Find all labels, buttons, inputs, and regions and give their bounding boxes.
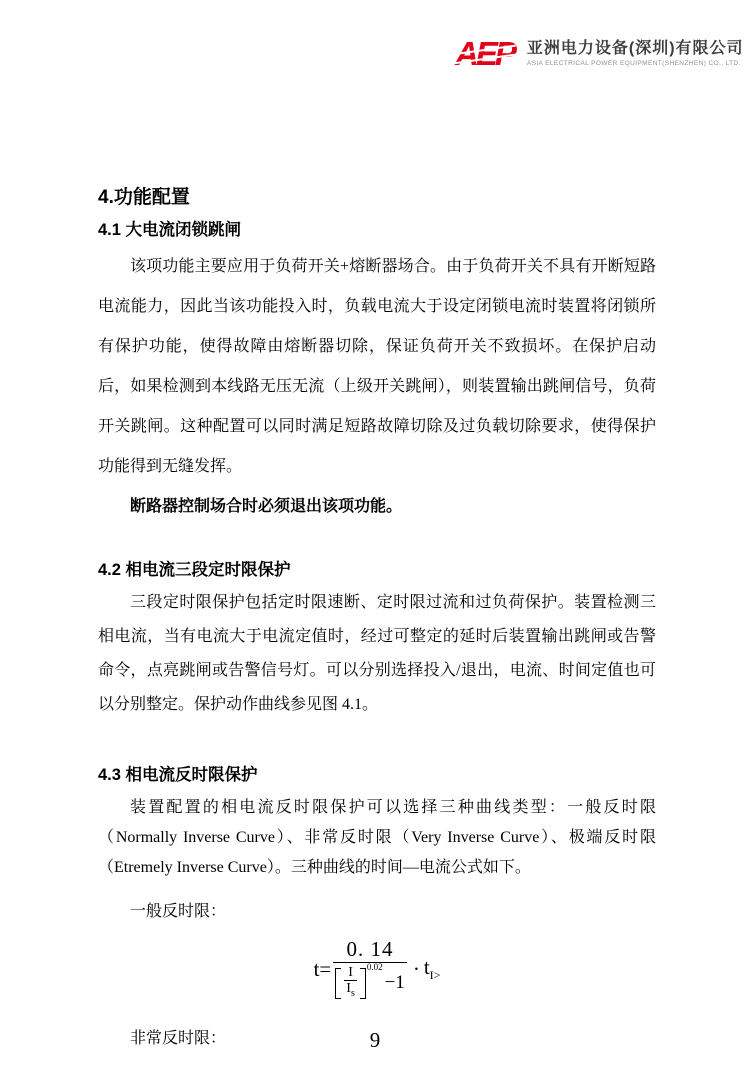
section-heading-4-2: 4.2 相电流三段定时限保护 [98,559,656,581]
current-ratio-fraction: I Is [341,966,360,1001]
page-content: 4.功能配置 4.1 大电流闭锁跳闸 该项功能主要应用于负荷开关+熔断器场合。由… [98,186,656,1049]
section-heading-4-3: 4.3 相电流反时限保护 [98,764,656,786]
note-4-1: 断路器控制场合时必须退出该项功能。 [98,489,656,525]
formula-denominator: I Is 0.02 −1 [333,962,407,1001]
ratio-denominator: Is [344,980,357,1001]
paragraph-4-3: 装置配置的相电流反时限保护可以选择三种曲线类型：一般反时限（Normally I… [98,793,656,883]
page-number: 9 [0,1028,750,1053]
factor-subscript: I> [430,968,441,982]
company-name-cn: 亚洲电力设备(深圳)有限公司 [527,40,744,58]
ratio-denominator-subscript: s [351,988,355,999]
time-setting-factor: tI> [424,955,441,983]
document-page: AEP 亚洲电力设备(深圳)有限公司 ASIA ELECTRICAL POWER… [0,0,750,1069]
formula-exponent: 0.02 [367,962,383,972]
section-heading-4: 4.功能配置 [98,186,656,210]
company-name-en: ASIA ELECTRICAL POWER EQUIPMENT(SHENZHEN… [527,60,744,68]
formula-fraction: 0. 14 I Is 0.02 −1 [333,938,407,1001]
paragraph-4-2: 三段定时限保护包括定时限速断、定时限过流和过负荷保护。装置检测三相电流，当有电流… [98,586,656,722]
formula-numerator: 0. 14 [337,938,404,962]
company-names: 亚洲电力设备(深圳)有限公司 ASIA ELECTRICAL POWER EQU… [527,40,744,68]
right-bracket [360,968,366,999]
formula-lhs: t= [314,957,332,982]
paragraph-4-1: 该项功能主要应用于负荷开关+熔断器场合。由于负荷开关不具有开断短路电流能力，因此… [98,247,656,487]
formula-minus-one: −1 [385,972,405,994]
section-heading-4-1: 4.1 大电流闭锁跳闸 [98,219,656,241]
label-normal-inverse: 一般反时限： [130,902,656,922]
aep-logo-mark: AEP [455,40,520,68]
formula-normal-inverse: t= 0. 14 I Is 0.02 −1 · tI> [314,938,441,1001]
ratio-numerator: I [348,966,353,980]
multiplication-dot: · [413,957,420,982]
company-logo: AEP 亚洲电力设备(深圳)有限公司 ASIA ELECTRICAL POWER… [455,40,744,68]
